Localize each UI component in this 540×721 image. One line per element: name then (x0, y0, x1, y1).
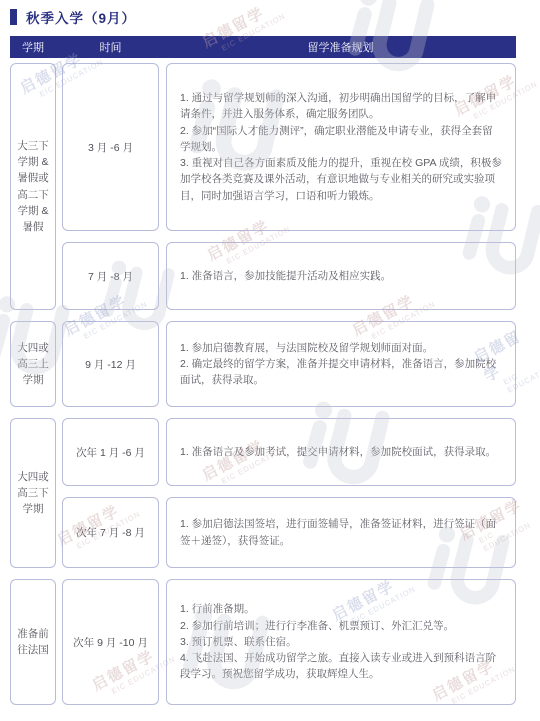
table-row: 9 月 -12 月 1. 参加启德教育展，与法国院校及留学规划师面对面。 2. … (62, 321, 516, 407)
plan-cell: 1. 通过与留学规划师的深入沟通，初步明确出国留学的目标，了解申请条件，并进入服… (166, 63, 516, 231)
semester-cell: 准备前往法国 (10, 579, 56, 705)
plan-text: 1. 参加启德教育展，与法国院校及留学规划师面对面。 2. 确定最终的留学方案，… (180, 340, 502, 389)
plan-cell: 1. 行前准备期。 2. 参加行前培训；进行行李准备、机票预订、外汇汇兑等。 3… (166, 579, 516, 705)
plan-text: 1. 通过与留学规划师的深入沟通，初步明确出国留学的目标，了解申请条件，并进入服… (180, 90, 502, 204)
semester-cell: 大三下学期 & 暑假或高二下学期 & 暑假 (10, 63, 56, 310)
table-header-row: 学期 时间 留学准备规划 (10, 36, 516, 58)
plan-cell: 1. 准备语言及参加考试，提交申请材料，参加院校面试，获得录取。 (166, 418, 516, 486)
page-title-row: 秋季入学（9月） (10, 7, 136, 27)
time-cell: 次年 9 月 -10 月 (62, 579, 159, 705)
header-semester: 学期 (10, 39, 56, 55)
plan-text: 1. 准备语言及参加考试，提交申请材料，参加院校面试，获得录取。 (180, 444, 496, 460)
plan-cell: 1. 参加启德法国签培，进行面签辅导，准备签证材料，进行签证（面签＋递签），获得… (166, 497, 516, 568)
semester-cell: 大四或高三下学期 (10, 418, 56, 568)
plan-cell: 1. 准备语言，参加技能提升活动及相应实践。 (166, 242, 516, 310)
page-title: 秋季入学（9月） (26, 7, 136, 27)
page: 秋季入学（9月） 学期 时间 留学准备规划 大三下学期 & 暑假或高二下学期 &… (0, 0, 540, 721)
title-marker-bar (10, 9, 17, 25)
table-row: 3 月 -6 月 1. 通过与留学规划师的深入沟通，初步明确出国留学的目标，了解… (62, 63, 516, 231)
plan-text: 1. 行前准备期。 2. 参加行前培训；进行行李准备、机票预订、外汇汇兑等。 3… (180, 601, 502, 682)
header-plan: 留学准备规划 (165, 39, 516, 55)
table-row: 7 月 -8 月 1. 准备语言，参加技能提升活动及相应实践。 (62, 242, 516, 310)
header-time: 时间 (62, 39, 159, 55)
table-row-group: 大四或高三下学期 次年 1 月 -6 月 1. 准备语言及参加考试，提交申请材料… (10, 418, 516, 568)
table-row-group: 大三下学期 & 暑假或高二下学期 & 暑假 3 月 -6 月 1. 通过与留学规… (10, 63, 516, 310)
time-cell: 次年 7 月 -8 月 (62, 497, 159, 568)
table-body: 大三下学期 & 暑假或高二下学期 & 暑假 3 月 -6 月 1. 通过与留学规… (10, 63, 516, 705)
table-row-group: 准备前往法国 次年 9 月 -10 月 1. 行前准备期。 2. 参加行前培训；… (10, 579, 516, 705)
schedule-table: 学期 时间 留学准备规划 大三下学期 & 暑假或高二下学期 & 暑假 3 月 -… (10, 36, 516, 705)
time-cell: 3 月 -6 月 (62, 63, 159, 231)
table-row: 次年 1 月 -6 月 1. 准备语言及参加考试，提交申请材料，参加院校面试，获… (62, 418, 516, 486)
time-cell: 次年 1 月 -6 月 (62, 418, 159, 486)
plan-text: 1. 准备语言，参加技能提升活动及相应实践。 (180, 268, 391, 284)
semester-cell: 大四或高三上学期 (10, 321, 56, 407)
plan-text: 1. 参加启德法国签培，进行面签辅导，准备签证材料，进行签证（面签＋递签），获得… (180, 516, 502, 549)
table-row: 次年 9 月 -10 月 1. 行前准备期。 2. 参加行前培训；进行行李准备、… (62, 579, 516, 705)
table-row: 次年 7 月 -8 月 1. 参加启德法国签培，进行面签辅导，准备签证材料，进行… (62, 497, 516, 568)
time-cell: 9 月 -12 月 (62, 321, 159, 407)
table-row-group: 大四或高三上学期 9 月 -12 月 1. 参加启德教育展，与法国院校及留学规划… (10, 321, 516, 407)
time-cell: 7 月 -8 月 (62, 242, 159, 310)
plan-cell: 1. 参加启德教育展，与法国院校及留学规划师面对面。 2. 确定最终的留学方案，… (166, 321, 516, 407)
